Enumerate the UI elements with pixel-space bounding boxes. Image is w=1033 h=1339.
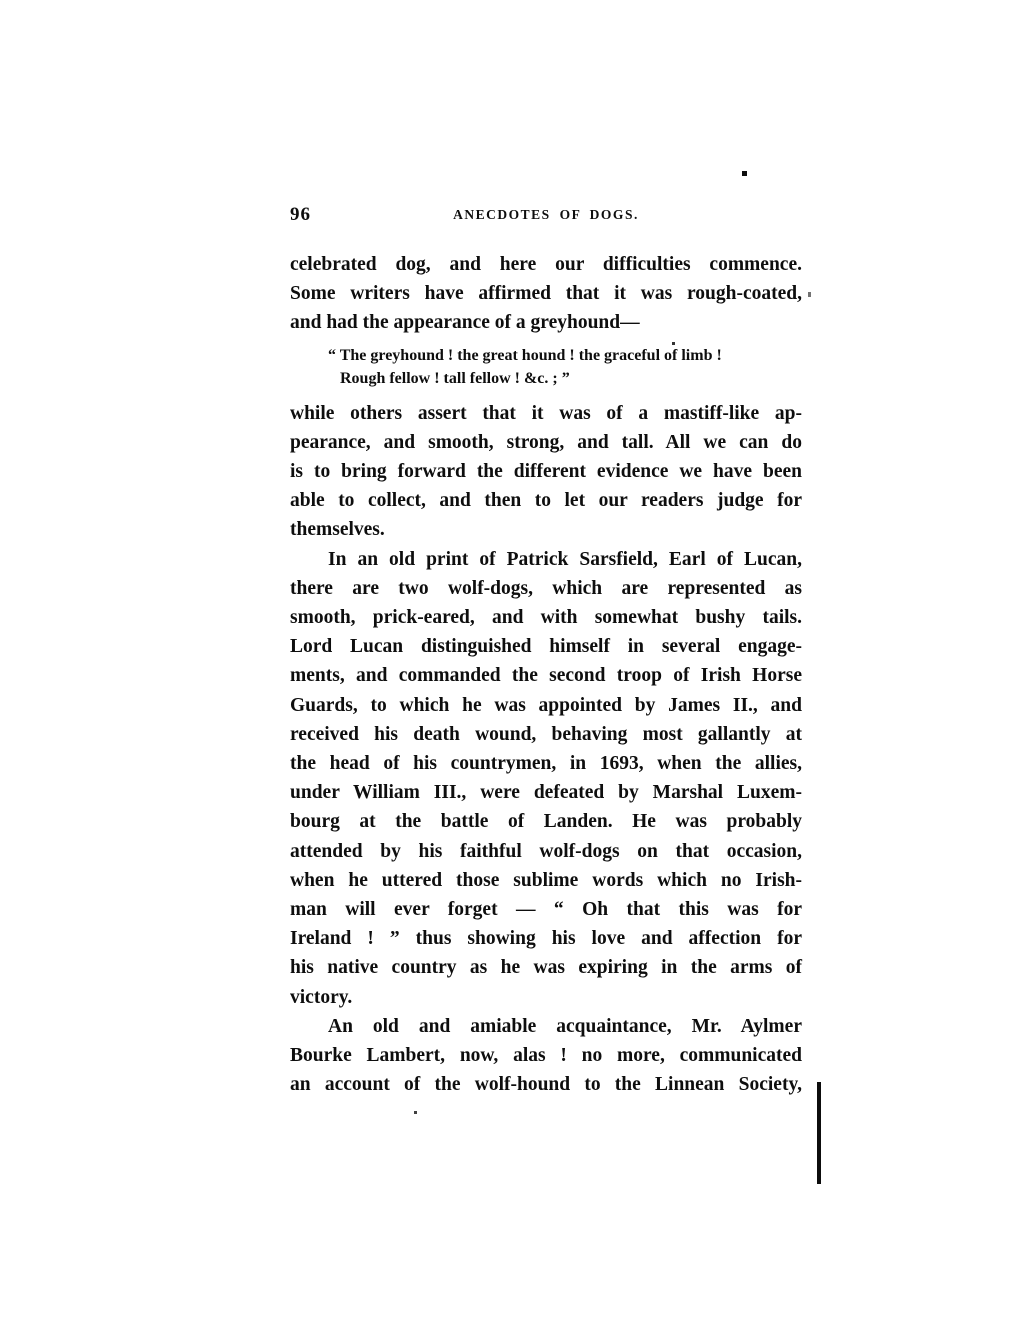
- text-line: victory.: [290, 983, 802, 1012]
- text-line: the head of his countrymen, in 1693, whe…: [290, 749, 802, 778]
- paragraph: while others assert that it was of a mas…: [290, 399, 802, 545]
- paragraph: celebrated dog, and here our difficultie…: [290, 250, 802, 338]
- verse-quote: “ The greyhound ! the great hound ! the …: [290, 344, 802, 390]
- book-page-scan: 96 ANECDOTES OF DOGS. celebrated dog, an…: [0, 0, 1033, 1339]
- text-line: and had the appearance of a greyhound—: [290, 308, 802, 337]
- text-line: smooth, prick-eared, and with somewhat b…: [290, 603, 802, 632]
- text-line: under William III., were defeated by Mar…: [290, 778, 802, 807]
- ink-speck-above-quote: [672, 342, 675, 345]
- text-line: Guards, to which he was appointed by Jam…: [290, 691, 802, 720]
- text-line: Bourke Lambert, now, alas ! no more, com…: [290, 1041, 802, 1070]
- paragraph: An old and amiable acquaintance, Mr. Ayl…: [290, 1012, 802, 1100]
- text-line: ments, and commanded the second troop of…: [290, 661, 802, 690]
- text-line: is to bring forward the different eviden…: [290, 457, 802, 486]
- text-line: man will ever forget — “ Oh that this wa…: [290, 895, 802, 924]
- ink-speck-top-right: [742, 171, 747, 176]
- text-line: In an old print of Patrick Sarsfield, Ea…: [290, 545, 802, 574]
- text-line: while others assert that it was of a mas…: [290, 399, 802, 428]
- text-line: Some writers have affirmed that it was r…: [290, 279, 802, 308]
- text-line: bourg at the battle of Landen. He was pr…: [290, 807, 802, 836]
- running-head: ANECDOTES OF DOGS.: [290, 207, 802, 223]
- text-line: pearance, and smooth, strong, and tall. …: [290, 428, 802, 457]
- text-line: received his death wound, behaving most …: [290, 720, 802, 749]
- text-line: An old and amiable acquaintance, Mr. Ayl…: [290, 1012, 802, 1041]
- text-line: Ireland ! ” thus showing his love and af…: [290, 924, 802, 953]
- scan-scratch-vertical: [817, 1082, 821, 1184]
- text-line: attended by his faithful wolf-dogs on th…: [290, 837, 802, 866]
- ink-speck-bottom: [414, 1111, 417, 1114]
- paragraph: In an old print of Patrick Sarsfield, Ea…: [290, 545, 802, 1012]
- text-line: there are two wolf-dogs, which are repre…: [290, 574, 802, 603]
- text-line: celebrated dog, and here our difficultie…: [290, 250, 802, 279]
- quote-line: “ The greyhound ! the great hound ! the …: [290, 344, 802, 367]
- text-block: 96 ANECDOTES OF DOGS. celebrated dog, an…: [290, 204, 802, 1099]
- text-line: his native country as he was expiring in…: [290, 953, 802, 982]
- text-line: when he uttered those sublime words whic…: [290, 866, 802, 895]
- text-line: Lord Lucan distinguished himself in seve…: [290, 632, 802, 661]
- quote-line: Rough fellow ! tall fellow ! &c. ; ”: [290, 367, 802, 390]
- text-line: able to collect, and then to let our rea…: [290, 486, 802, 515]
- ink-speck-line-end: [808, 292, 811, 297]
- text-line: themselves.: [290, 515, 802, 544]
- text-line: an account of the wolf-hound to the Linn…: [290, 1070, 802, 1099]
- page-header: 96 ANECDOTES OF DOGS.: [290, 204, 802, 224]
- page-body: celebrated dog, and here our difficultie…: [290, 250, 802, 1099]
